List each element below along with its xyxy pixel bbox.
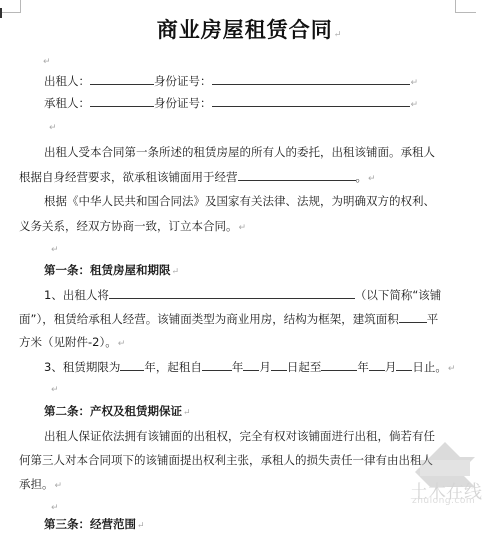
paragraph-mark: ↵ bbox=[183, 408, 191, 418]
article2-line1: 出租人保证依法拥有该铺面的出租权，完全有权对该铺面进行出租，倘若有任 bbox=[44, 428, 435, 444]
preamble-text: 出租人受本合同第一条所述的租赁房屋的所有人的委托，出租该铺面。承租人 bbox=[44, 145, 435, 159]
item-text: 方米（见附件-2）。 bbox=[19, 335, 117, 349]
article2-heading: 第二条：产权及租赁期保证↵ bbox=[44, 403, 191, 421]
lessee-id-label: 身份证号： bbox=[154, 96, 212, 110]
lessee-id-blank[interactable] bbox=[212, 94, 410, 107]
empty-paragraph: ↵ bbox=[48, 118, 57, 136]
lessee-line: 承租人：身份证号：↵ bbox=[44, 94, 418, 113]
business-purpose-blank[interactable] bbox=[238, 168, 356, 181]
item-text: 日止。 bbox=[412, 360, 447, 374]
article2-line3: 承担。↵ bbox=[19, 476, 62, 494]
item-text: 3、租赁期限为 bbox=[44, 360, 120, 374]
item-text: 面”），租赁给承租人经营。该铺面类型为商业用房，结构为框架，建筑面积 bbox=[19, 312, 399, 326]
watermark-logo-icon: 土木在线 bbox=[400, 440, 490, 500]
end-year-blank[interactable] bbox=[321, 358, 357, 371]
paragraph-mark: ↵ bbox=[411, 78, 419, 88]
period: 。 bbox=[356, 170, 368, 184]
article-text: 出租人保证依法拥有该铺面的出租权，完全有权对该铺面进行出租，倘若有任 bbox=[44, 429, 435, 443]
item-text: 平 bbox=[427, 312, 439, 326]
property-address-blank[interactable] bbox=[109, 286, 355, 299]
lessor-id-label: 身份证号： bbox=[154, 74, 212, 88]
article-text: 何第三人对本合同项下的该铺面提出权利主张，承租人的损失责任一律有由出租人 bbox=[19, 453, 433, 467]
watermark-text: zhulong.com bbox=[412, 496, 475, 506]
paragraph-mark: ↵ bbox=[411, 100, 419, 110]
article1-heading: 第一条：租赁房屋和期限↵ bbox=[44, 262, 179, 280]
end-day-blank[interactable] bbox=[396, 358, 412, 371]
end-month-blank[interactable] bbox=[369, 358, 385, 371]
document-title: 商业房屋租赁合同↵ bbox=[0, 14, 499, 44]
paragraph-mark: ↵ bbox=[49, 123, 57, 133]
preamble-p2-line1: 根据《中华人民共和国合同法》及国家有关法律、法规，为明确双方的权利、 bbox=[44, 193, 435, 209]
heading-text: 第三条：经营范围 bbox=[44, 517, 136, 531]
paragraph-mark: ↵ bbox=[51, 385, 59, 395]
item-text: 月 bbox=[385, 360, 397, 374]
item-text: 1、出租人将 bbox=[44, 288, 109, 302]
empty-paragraph: ↵ bbox=[42, 52, 51, 70]
preamble-p1-line1: 出租人受本合同第一条所述的租赁房屋的所有人的委托，出租该铺面。承租人 bbox=[44, 144, 435, 160]
watermark: 土木在线 zhulong.com bbox=[400, 440, 490, 520]
paragraph-mark: ↵ bbox=[51, 503, 59, 513]
item-text: 年 bbox=[232, 360, 244, 374]
paragraph-mark: ↵ bbox=[43, 57, 51, 67]
empty-paragraph: ↵ bbox=[50, 498, 59, 516]
preamble-text: 根据自身经营要求，欲承租该铺面用于经营 bbox=[19, 170, 238, 184]
paragraph-mark: ↵ bbox=[334, 30, 343, 40]
article1-item1-line2: 面”），租赁给承租人经营。该铺面类型为商业用房，结构为框架，建筑面积平 bbox=[19, 310, 438, 327]
paragraph-mark: ↵ bbox=[118, 339, 126, 349]
article-text: 承担。 bbox=[19, 477, 54, 491]
paragraph-mark: ↵ bbox=[368, 174, 376, 184]
start-month-blank[interactable] bbox=[243, 358, 259, 371]
preamble-text: 义务关系，经双方协商一致，订立本合同。 bbox=[19, 219, 238, 233]
heading-text: 第二条：产权及租赁期保证 bbox=[44, 404, 182, 418]
article3-heading: 第三条：经营范围↵ bbox=[44, 516, 145, 534]
paragraph-mark: ↵ bbox=[239, 223, 247, 233]
item-text: 月 bbox=[259, 360, 271, 374]
lessee-label: 承租人： bbox=[44, 96, 90, 110]
preamble-p2-line2: 义务关系，经双方协商一致，订立本合同。↵ bbox=[19, 218, 246, 236]
preamble-p1-line2: 根据自身经营要求，欲承租该铺面用于经营。↵ bbox=[19, 168, 376, 187]
item-text: （以下简称“该铺 bbox=[355, 288, 441, 302]
paragraph-mark: ↵ bbox=[448, 364, 456, 374]
lessor-label: 出租人： bbox=[44, 74, 90, 88]
preamble-text: 根据《中华人民共和国合同法》及国家有关法律、法规，为明确双方的权利、 bbox=[44, 194, 435, 208]
title-text: 商业房屋租赁合同 bbox=[157, 17, 333, 42]
article1-item1-line3: 方米（见附件-2）。↵ bbox=[19, 334, 125, 352]
page-corner-top-left bbox=[0, 0, 21, 13]
empty-paragraph: ↵ bbox=[50, 380, 59, 398]
empty-paragraph: ↵ bbox=[50, 240, 59, 258]
item-text: 日起至 bbox=[287, 360, 322, 374]
lessee-name-blank[interactable] bbox=[90, 94, 154, 107]
start-year-blank[interactable] bbox=[202, 358, 232, 371]
article1-item3: 3、租赁期限为年，起租自年月日起至年月日止。↵ bbox=[44, 358, 455, 377]
paragraph-mark: ↵ bbox=[137, 521, 145, 531]
article1-item1-line1: 1、出租人将（以下简称“该铺 bbox=[44, 286, 441, 303]
page-corner-top-right bbox=[455, 0, 476, 13]
article2-line2: 何第三人对本合同项下的该铺面提出权利主张，承租人的损失责任一律有由出租人 bbox=[19, 452, 433, 468]
paragraph-mark: ↵ bbox=[55, 481, 63, 491]
paragraph-mark: ↵ bbox=[172, 267, 180, 277]
lessor-line: 出租人：身份证号：↵ bbox=[44, 72, 418, 91]
start-day-blank[interactable] bbox=[271, 358, 287, 371]
heading-text: 第一条：租赁房屋和期限 bbox=[44, 263, 171, 277]
item-text: 年 bbox=[357, 360, 369, 374]
lease-years-blank[interactable] bbox=[120, 358, 144, 371]
item-text: 年，起租自 bbox=[144, 360, 202, 374]
lessor-id-blank[interactable] bbox=[212, 72, 410, 85]
paragraph-mark: ↵ bbox=[51, 245, 59, 255]
area-blank[interactable] bbox=[399, 310, 427, 323]
lessor-name-blank[interactable] bbox=[90, 72, 154, 85]
